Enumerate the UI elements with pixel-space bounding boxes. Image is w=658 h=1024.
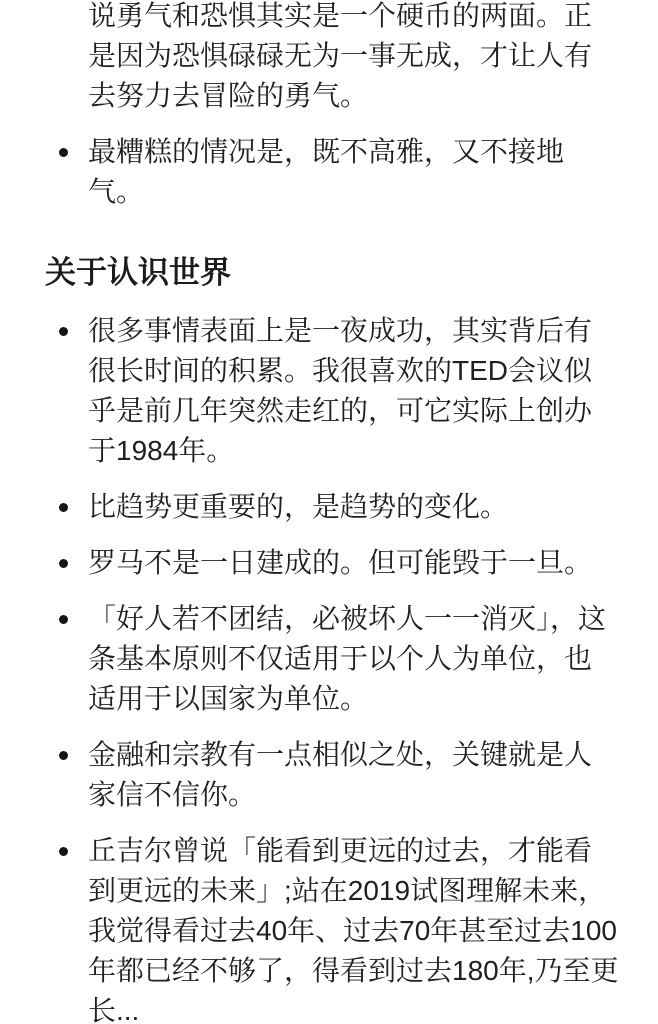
list-item-text: 金融和宗教有一点相似之处，关键就是人家信不信你。 (88, 739, 592, 810)
list-item-text: 「好人若不团结，必被坏人一一消灭」，这条基本原则不仅适用于以个人为单位，也适用于… (88, 603, 606, 714)
list-item-text: 很多事情表面上是一夜成功，其实背后有很长时间的积累。我很喜欢的TED会议似乎是前… (88, 315, 592, 466)
bullet-dot-icon (59, 751, 68, 760)
bullet-dot-icon (59, 327, 68, 336)
paragraph-continuation: 说勇气和恐惧其实是一个硬币的两面。正是因为恐惧碌碌无为一事无成，才让人有去努力去… (88, 0, 620, 116)
list-item: 「好人若不团结，必被坏人一一消灭」，这条基本原则不仅适用于以个人为单位，也适用于… (88, 599, 620, 719)
list-item-text: 丘吉尔曾说「能看到更远的过去，才能看到更远的未来」;站在2019试图理解未来，我… (88, 835, 619, 1024)
bullet-list-section: 很多事情表面上是一夜成功，其实背后有很长时间的积累。我很喜欢的TED会议似乎是前… (45, 311, 658, 1024)
section-heading: 关于认识世界 (45, 251, 658, 295)
list-item-text: 最糟糕的情况是，既不高雅，又不接地气。 (88, 136, 564, 207)
bullet-dot-icon (59, 559, 68, 568)
list-item: 很多事情表面上是一夜成功，其实背后有很长时间的积累。我很喜欢的TED会议似乎是前… (88, 311, 620, 471)
list-item-text: 罗马不是一日建成的。但可能毁于一旦。 (88, 547, 592, 578)
bullet-list-top: 最糟糕的情况是，既不高雅，又不接地气。 (45, 132, 658, 212)
list-item: 罗马不是一日建成的。但可能毁于一旦。 (88, 543, 620, 583)
list-item: 比趋势更重要的，是趋势的变化。 (88, 487, 620, 527)
list-item: 丘吉尔曾说「能看到更远的过去，才能看到更远的未来」;站在2019试图理解未来，我… (88, 831, 620, 1024)
list-item: 最糟糕的情况是，既不高雅，又不接地气。 (88, 132, 620, 212)
bullet-dot-icon (59, 503, 68, 512)
bullet-dot-icon (59, 847, 68, 856)
list-item-text: 比趋势更重要的，是趋势的变化。 (88, 491, 508, 522)
bullet-dot-icon (59, 615, 68, 624)
article-content: 说勇气和恐惧其实是一个硬币的两面。正是因为恐惧碌碌无为一事无成，才让人有去努力去… (0, 0, 658, 1024)
bullet-dot-icon (59, 148, 68, 157)
list-item: 金融和宗教有一点相似之处，关键就是人家信不信你。 (88, 735, 620, 815)
